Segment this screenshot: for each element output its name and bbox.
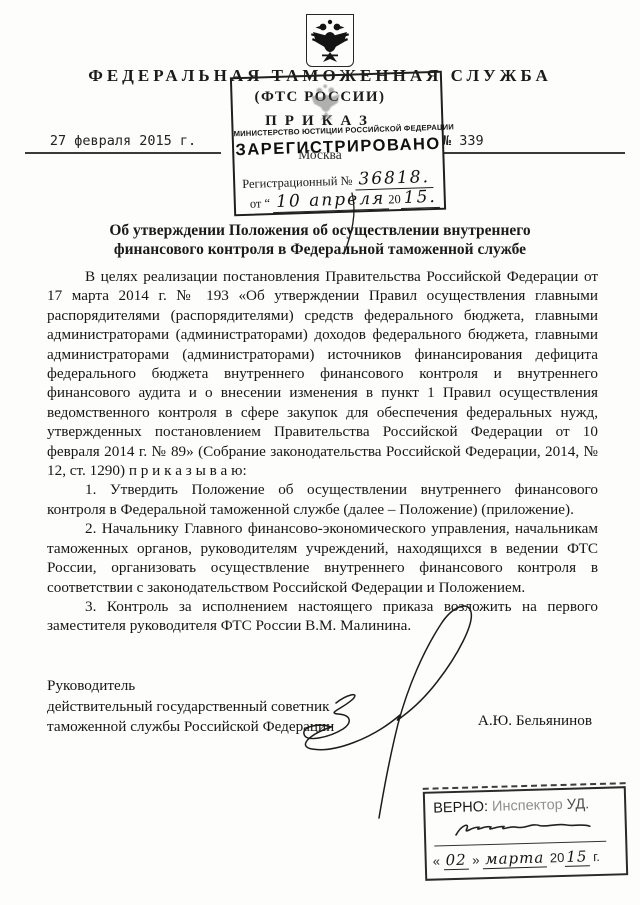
stamp-registered-word: ЗАРЕГИСТРИРОВАНО: [234, 135, 442, 161]
paragraph-preamble: В целях реализации постановления Правите…: [47, 267, 598, 480]
emblem-frame: [306, 14, 354, 67]
reg-year-prefix: 20: [388, 192, 401, 206]
order-body: В целях реализации постановления Правите…: [47, 267, 598, 636]
paragraph-item-2: 2. Начальнику Главного финансово-экономи…: [47, 519, 598, 597]
cert-month-handwritten: марта: [483, 848, 547, 869]
cert-year-prefix: 20: [550, 850, 565, 865]
quote-close: »: [472, 852, 480, 867]
cert-day-handwritten: 02: [443, 851, 469, 871]
signer-position-line3: таможенной службы Российской Федерации: [47, 717, 377, 738]
ministry-seal-ghost-icon: [308, 82, 343, 128]
cert-year-suffix: г.: [593, 849, 600, 864]
reg-date-handwritten: 10 апреля: [273, 188, 389, 213]
doc-number: № 339: [443, 133, 625, 154]
signer-name: А.Ю. Бельянинов: [478, 712, 592, 730]
reg-number-label: Регистрационный №: [242, 174, 353, 191]
cert-year-handwritten: 15: [564, 847, 590, 867]
paragraph-item-1: 1. Утвердить Положение об осуществлении …: [47, 480, 598, 519]
from-label: от “: [250, 196, 271, 211]
registration-stamp: МИНИСТЕРСТВО ЮСТИЦИИ РОССИЙСКОЙ ФЕДЕРАЦИ…: [230, 71, 446, 217]
paragraph-item-3: 3. Контроль за исполнением настоящего пр…: [47, 597, 598, 636]
reg-year-handwritten: 15.: [400, 187, 440, 209]
inspector-signature-icon: [447, 811, 598, 845]
signer-position-block: Руководитель действительный государствен…: [47, 676, 377, 738]
quote-open: «: [433, 853, 441, 868]
order-title: Об утверждении Положения об осуществлени…: [72, 221, 568, 259]
scanned-order-document: ФЕДЕРАЛЬНАЯ ТАМОЖЕННАЯ СЛУЖБА (ФТС РОССИ…: [0, 0, 640, 905]
certification-date-line: « 02 » марта 2015 г.: [432, 847, 600, 870]
certification-stamp: ВЕРНО: Инспектор УД. « 02 » марта 2015 г…: [423, 786, 628, 881]
signer-position-line2: действительный государственный советник: [47, 697, 377, 718]
signer-position-line1: Руководитель: [47, 676, 377, 697]
double-headed-eagle-icon: [310, 18, 350, 64]
doc-date: 27 февраля 2015 г.: [25, 133, 221, 154]
